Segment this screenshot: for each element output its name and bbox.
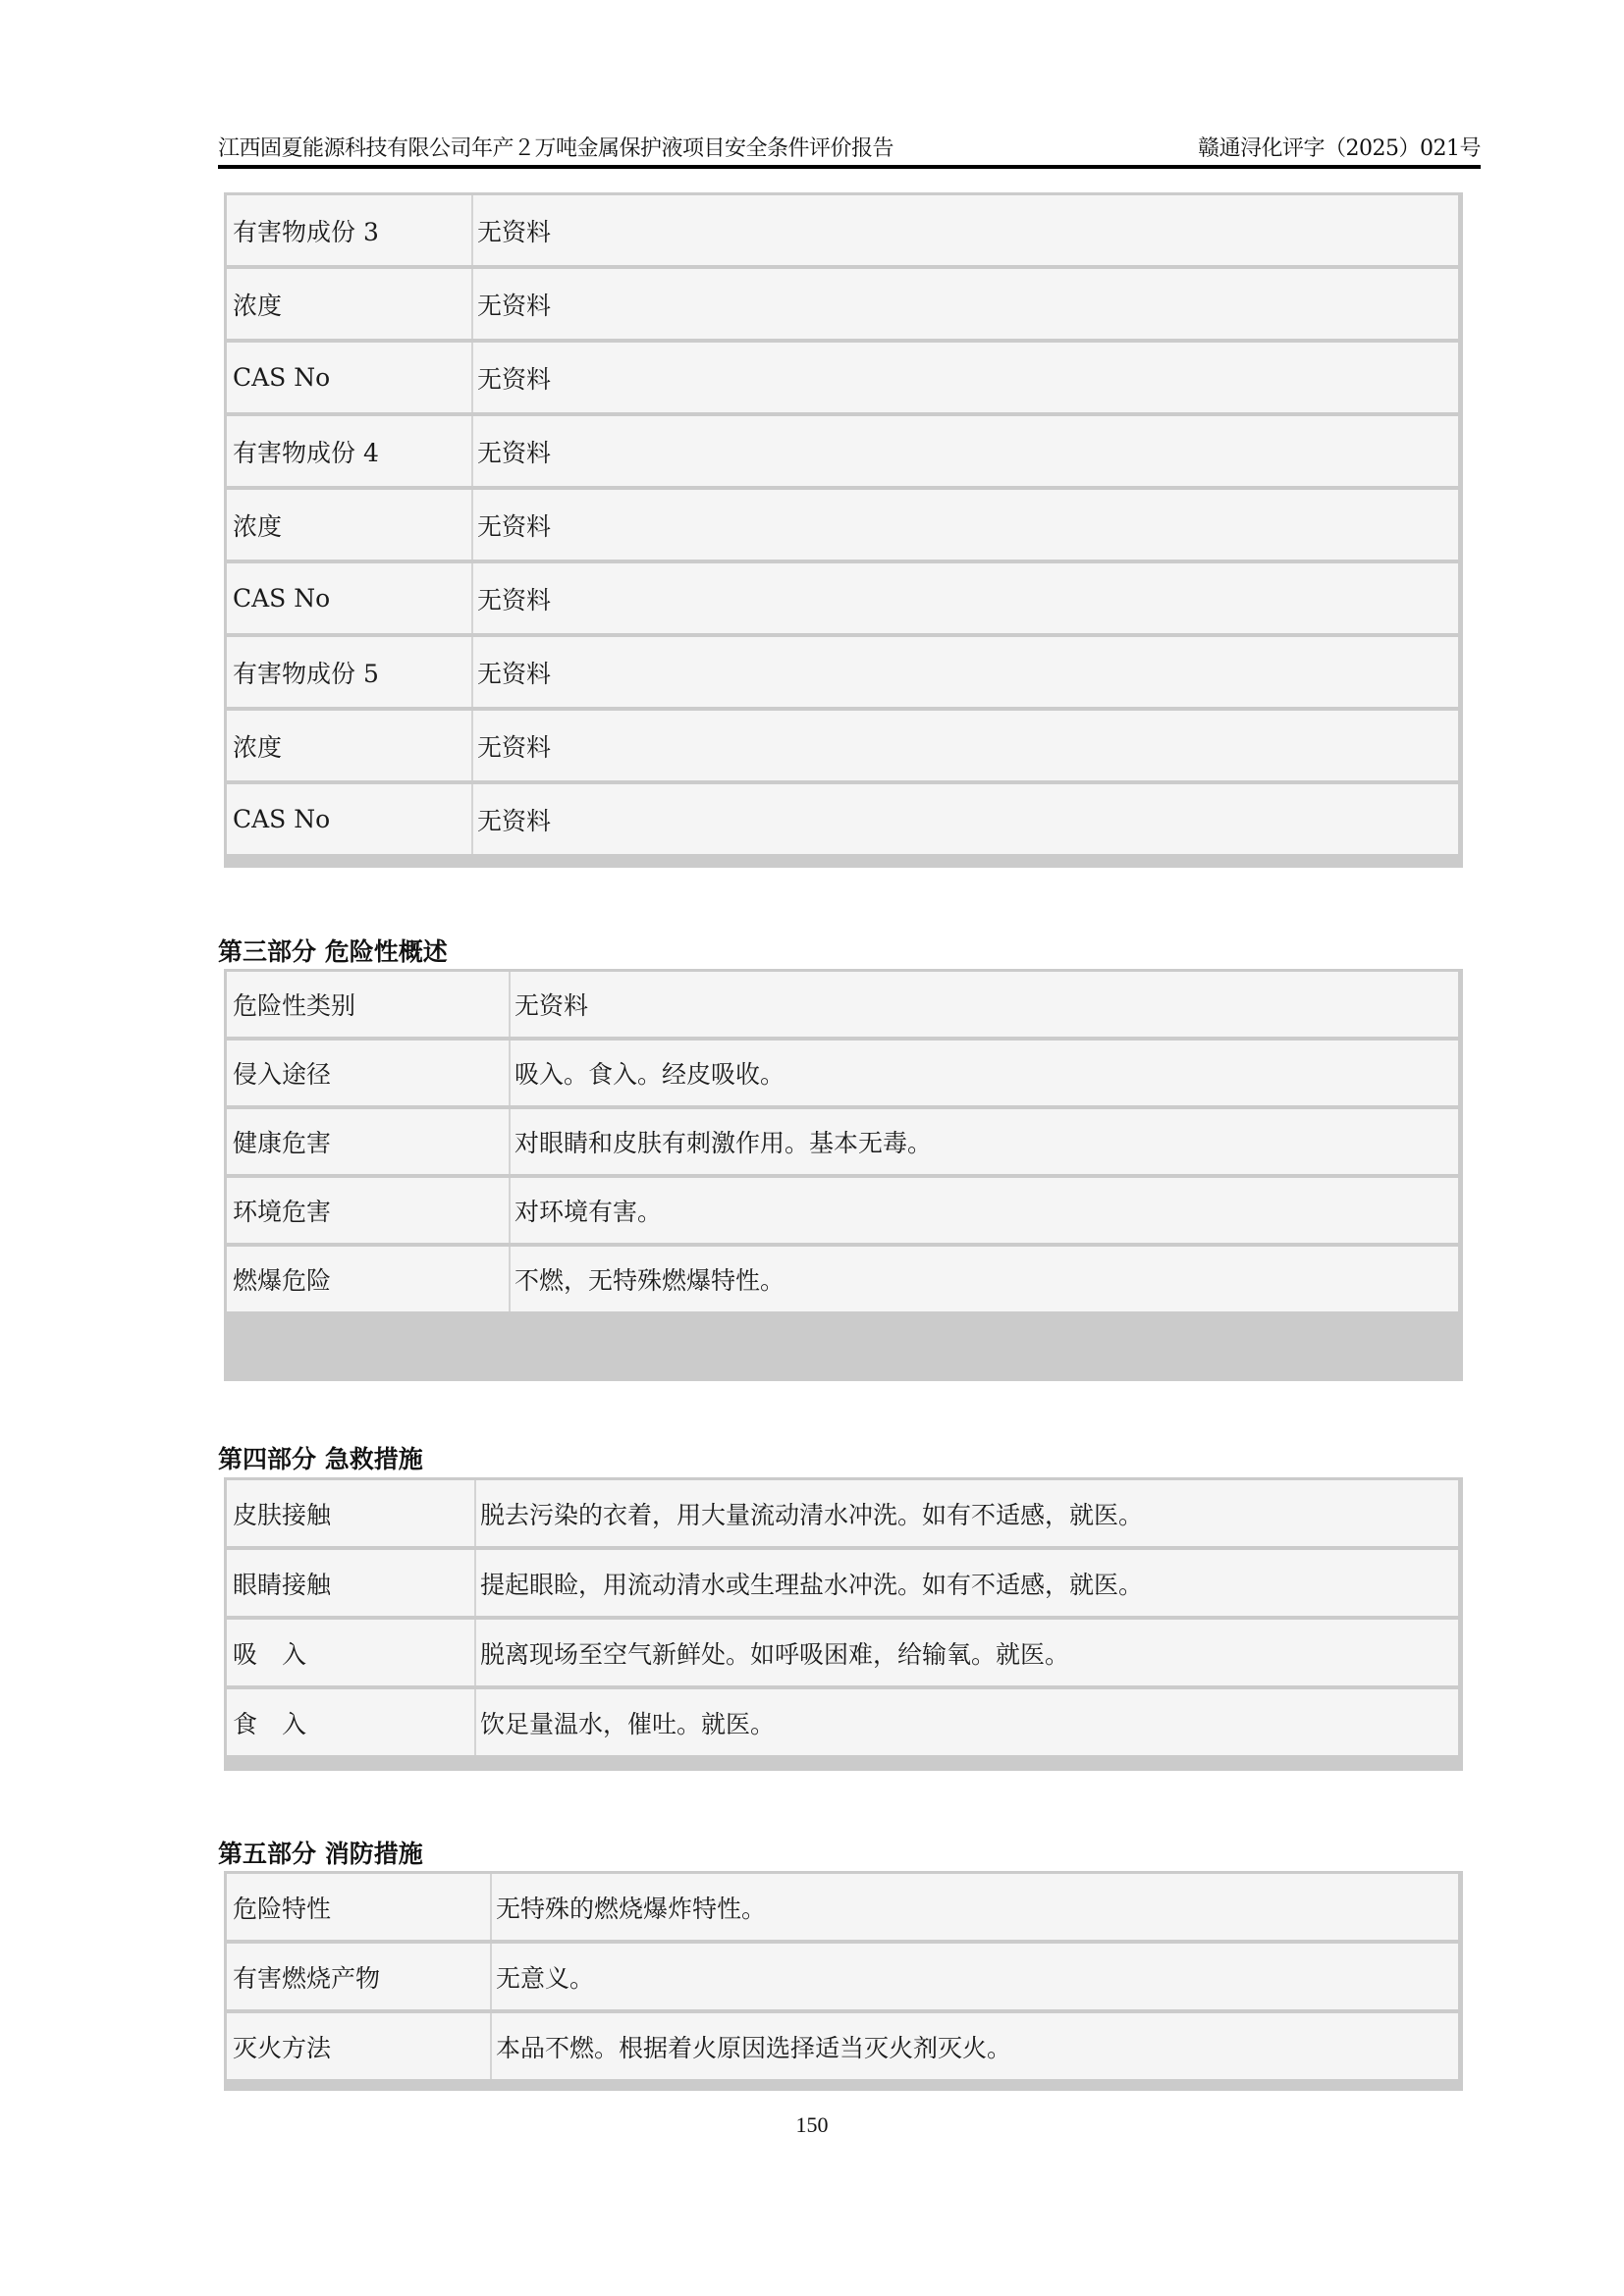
table-row: 有害物成份 4 无资料 (227, 416, 1458, 486)
page-header: 江西固夏能源科技有限公司年产２万吨金属保护液项目安全条件评价报告 赣通浔化评字（… (218, 133, 1481, 169)
row-label: 食 入 (227, 1689, 476, 1755)
first-aid-table: 皮肤接触 脱去污染的衣着，用大量流动清水冲洗。如有不适感，就医。 眼睛接触 提起… (224, 1477, 1463, 1771)
table-row: CAS No 无资料 (227, 784, 1458, 854)
row-label: 灭火方法 (227, 2013, 492, 2079)
row-value: 对眼睛和皮肤有刺激作用。基本无毒。 (511, 1109, 1458, 1174)
row-label: 健康危害 (227, 1109, 511, 1174)
row-value: 脱离现场至空气新鲜处。如呼吸困难，给输氧。就医。 (476, 1620, 1458, 1685)
table-row: 危险特性 无特殊的燃烧爆炸特性。 (227, 1874, 1458, 1940)
row-label: 有害物成份 5 (227, 637, 473, 707)
table-row: 有害物成份 3 无资料 (227, 195, 1458, 265)
table-row: 浓度 无资料 (227, 269, 1458, 339)
row-value: 无资料 (511, 972, 1458, 1037)
row-label: 危险特性 (227, 1874, 492, 1940)
table-row: CAS No 无资料 (227, 343, 1458, 412)
table-row: 危险性类别 无资料 (227, 972, 1458, 1037)
row-label: 吸 入 (227, 1620, 476, 1685)
table-row: 皮肤接触 脱去污染的衣着，用大量流动清水冲洗。如有不适感，就医。 (227, 1480, 1458, 1546)
row-label: 浓度 (227, 269, 473, 339)
row-label: CAS No (227, 784, 473, 854)
table-row: 浓度 无资料 (227, 711, 1458, 780)
row-value: 无资料 (473, 269, 1458, 339)
row-label: 燃爆危险 (227, 1247, 511, 1311)
composition-table: 有害物成份 3 无资料 浓度 无资料 CAS No 无资料 有害物成份 4 无资… (224, 192, 1463, 868)
row-label: 有害物成份 3 (227, 195, 473, 265)
table-row: 食 入 饮足量温水，催吐。就医。 (227, 1689, 1458, 1755)
table-row: 环境危害 对环境有害。 (227, 1178, 1458, 1243)
row-value: 无资料 (473, 637, 1458, 707)
table-row: 健康危害 对眼睛和皮肤有刺激作用。基本无毒。 (227, 1109, 1458, 1174)
row-label: 环境危害 (227, 1178, 511, 1243)
row-value: 无资料 (473, 343, 1458, 412)
row-value: 脱去污染的衣着，用大量流动清水冲洗。如有不适感，就医。 (476, 1480, 1458, 1546)
row-value: 无资料 (473, 195, 1458, 265)
row-label: 浓度 (227, 490, 473, 560)
empty-table-row (227, 1311, 1458, 1372)
row-label: 危险性类别 (227, 972, 511, 1037)
hazard-overview-table: 危险性类别 无资料 侵入途径 吸入。食入。经皮吸收。 健康危害 对眼睛和皮肤有刺… (224, 969, 1463, 1381)
row-value: 提起眼睑，用流动清水或生理盐水冲洗。如有不适感，就医。 (476, 1550, 1458, 1616)
row-label: 眼睛接触 (227, 1550, 476, 1616)
row-label: CAS No (227, 563, 473, 633)
report-title: 江西固夏能源科技有限公司年产２万吨金属保护液项目安全条件评价报告 (218, 133, 893, 165)
table-row: CAS No 无资料 (227, 563, 1458, 633)
row-value: 无资料 (473, 563, 1458, 633)
firefighting-table: 危险特性 无特殊的燃烧爆炸特性。 有害燃烧产物 无意义。 灭火方法 本品不燃。根… (224, 1871, 1463, 2091)
row-value: 不燃，无特殊燃爆特性。 (511, 1247, 1458, 1311)
row-value: 无资料 (473, 711, 1458, 780)
row-label: 皮肤接触 (227, 1480, 476, 1546)
table-row: 灭火方法 本品不燃。根据着火原因选择适当灭火剂灭火。 (227, 2013, 1458, 2079)
table-row: 侵入途径 吸入。食入。经皮吸收。 (227, 1041, 1458, 1105)
row-value: 无资料 (473, 416, 1458, 486)
row-value: 无资料 (473, 784, 1458, 854)
row-value: 无特殊的燃烧爆炸特性。 (492, 1874, 1458, 1940)
row-value: 无资料 (473, 490, 1458, 560)
section-4-title: 第四部分 急救措施 (218, 1445, 423, 1474)
section-3-title: 第三部分 危险性概述 (218, 937, 448, 967)
row-label: 有害燃烧产物 (227, 1944, 492, 2009)
row-value: 本品不燃。根据着火原因选择适当灭火剂灭火。 (492, 2013, 1458, 2079)
table-row: 燃爆危险 不燃，无特殊燃爆特性。 (227, 1247, 1458, 1311)
row-value: 对环境有害。 (511, 1178, 1458, 1243)
row-value: 吸入。食入。经皮吸收。 (511, 1041, 1458, 1105)
row-label: 浓度 (227, 711, 473, 780)
table-row: 吸 入 脱离现场至空气新鲜处。如呼吸困难，给输氧。就医。 (227, 1620, 1458, 1685)
section-5-title: 第五部分 消防措施 (218, 1840, 423, 1869)
page-number: 150 (0, 2112, 1624, 2138)
table-row: 眼睛接触 提起眼睑，用流动清水或生理盐水冲洗。如有不适感，就医。 (227, 1550, 1458, 1616)
row-label: 有害物成份 4 (227, 416, 473, 486)
document-number: 赣通浔化评字（2025）021号 (1198, 133, 1481, 165)
table-row: 浓度 无资料 (227, 490, 1458, 560)
row-value: 无意义。 (492, 1944, 1458, 2009)
table-row: 有害物成份 5 无资料 (227, 637, 1458, 707)
table-row: 有害燃烧产物 无意义。 (227, 1944, 1458, 2009)
row-label: CAS No (227, 343, 473, 412)
row-value: 饮足量温水，催吐。就医。 (476, 1689, 1458, 1755)
row-label: 侵入途径 (227, 1041, 511, 1105)
